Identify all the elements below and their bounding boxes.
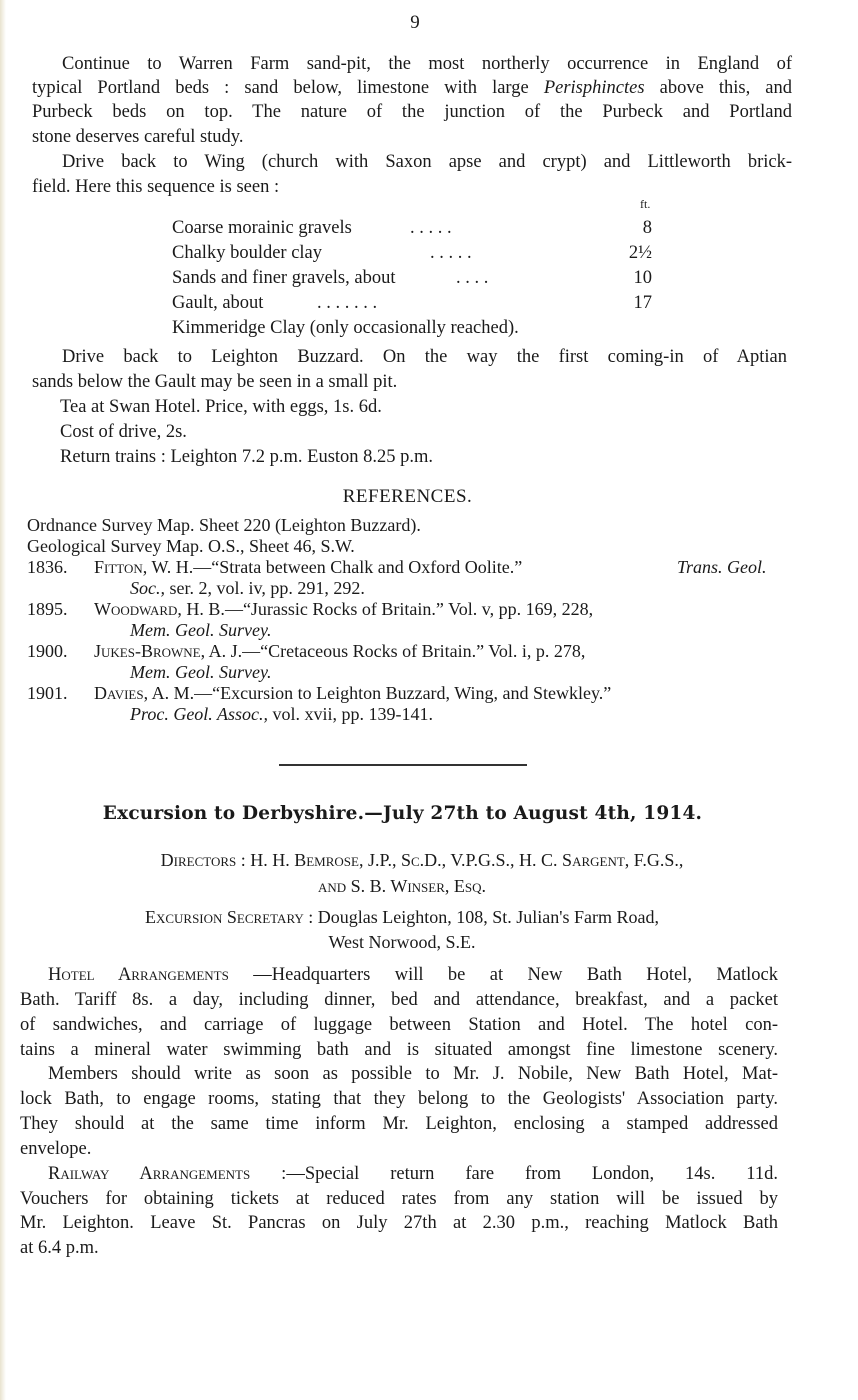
section-divider bbox=[279, 764, 527, 766]
excursion-title: Excursion to Derbyshire.—July 27th to Au… bbox=[50, 803, 755, 824]
reference-year: 1901. bbox=[27, 683, 68, 703]
text-line: at 6.4 p.m. bbox=[20, 1238, 99, 1258]
text-line: Drive back to Wing (church with Saxon ap… bbox=[62, 152, 792, 172]
text-line: envelope. bbox=[20, 1139, 91, 1159]
reference-journal: Soc., bbox=[130, 578, 165, 598]
text-line: Continue to Warren Farm sand-pit, the mo… bbox=[62, 54, 792, 74]
text-line: Members should write as soon as possible… bbox=[48, 1064, 778, 1084]
stratum-label: Chalky boulder clay bbox=[172, 243, 322, 263]
text-line: They should at the same time inform Mr. … bbox=[20, 1114, 778, 1134]
thickness-value: 17 bbox=[634, 293, 653, 313]
text-line: Vouchers for obtaining tickets at reduce… bbox=[20, 1189, 778, 1209]
reference-title: —“Jurassic Rocks of Britain.” Vol. v, pp… bbox=[225, 599, 593, 619]
secretary-line: West Norwood, S.E. bbox=[2, 932, 802, 952]
stratum-label: Coarse morainic gravels bbox=[172, 218, 352, 238]
leader-dots: . . . . bbox=[456, 268, 656, 288]
text-line: lock Bath, to engage rooms, stating that… bbox=[20, 1089, 778, 1109]
text-line: Drive back to Leighton Buzzard. On the w… bbox=[62, 347, 787, 367]
directors-line: Directors : H. H. Bemrose, J.P., Sc.D., … bbox=[22, 850, 822, 870]
reference-journal: Mem. Geol. Survey. bbox=[130, 620, 271, 640]
text-line: Tea at Swan Hotel. Price, with eggs, 1s.… bbox=[60, 397, 382, 417]
unit-header: ft. bbox=[640, 197, 650, 212]
thickness-value: 8 bbox=[643, 218, 652, 238]
text-line: Mr. Leighton. Leave St. Pancras on July … bbox=[20, 1213, 778, 1233]
reference-author: Jukes-Browne, A. J. bbox=[94, 641, 242, 661]
reference-pages: vol. xvii, pp. 139-141. bbox=[268, 704, 433, 724]
scan-edge-shadow bbox=[0, 0, 6, 1400]
thickness-value: 2½ bbox=[629, 243, 652, 263]
directors-line: and S. B. Winser, Esq. bbox=[2, 876, 802, 896]
page-number: 9 bbox=[0, 12, 830, 34]
stratum-label: Kimmeridge Clay (only occasionally reach… bbox=[172, 318, 519, 338]
secretary-line: Excursion Secretary : Douglas Leighton, … bbox=[2, 907, 802, 927]
text-segment: typical Portland beds : sand below, lime… bbox=[32, 78, 544, 98]
secretary-address: Douglas Leighton, 108, St. Julian's Farm… bbox=[313, 907, 659, 927]
leader-dots: . . . . . . . bbox=[317, 293, 607, 313]
stratum-label: Gault, about bbox=[172, 293, 263, 313]
leader-dots: . . . . . bbox=[410, 218, 610, 238]
reference-text: Woodward, H. B.—“Jurassic Rocks of Brita… bbox=[94, 599, 593, 619]
secretary-label: Excursion Secretary : bbox=[145, 907, 313, 927]
reference-title: —“Strata between Chalk and Oxford Oolite… bbox=[193, 557, 522, 577]
reference-year: 1900. bbox=[27, 641, 68, 661]
reference-journal: Proc. Geol. Assoc., bbox=[130, 704, 268, 724]
text-line: Hotel Arrangements —Headquarters will be… bbox=[48, 965, 778, 985]
reference-journal: Trans. Geol. bbox=[677, 557, 767, 577]
railway-label: Railway Arrangements bbox=[48, 1164, 250, 1184]
text-segment: above this, and bbox=[660, 78, 792, 98]
text-segment: :—Special return fare from London, 14s. … bbox=[250, 1164, 778, 1184]
map-reference: Geological Survey Map. O.S., Sheet 46, S… bbox=[27, 536, 355, 556]
reference-author: Woodward, H. B. bbox=[94, 599, 225, 619]
text-line: Return trains : Leighton 7.2 p.m. Euston… bbox=[60, 447, 433, 467]
thickness-value: 10 bbox=[634, 268, 653, 288]
text-line: Cost of drive, 2s. bbox=[60, 422, 187, 442]
text-line: sands below the Gault may be seen in a s… bbox=[32, 372, 397, 392]
text-segment: —Headquarters will be at New Bath Hotel,… bbox=[229, 965, 778, 985]
text-line: tains a mineral water swimming bath and … bbox=[20, 1040, 778, 1060]
map-reference: Ordnance Survey Map. Sheet 220 (Leighton… bbox=[27, 515, 421, 535]
reference-details: Soc., ser. 2, vol. iv, pp. 291, 292. bbox=[130, 578, 365, 598]
stratum-label: Sands and finer gravels, about bbox=[172, 268, 395, 288]
text-line: Bath. Tariff 8s. a day, including dinner… bbox=[20, 990, 778, 1010]
reference-details: Proc. Geol. Assoc., vol. xvii, pp. 139-1… bbox=[130, 704, 433, 724]
reference-author: Davies, A. M. bbox=[94, 683, 194, 703]
hotel-label: Hotel Arrangements bbox=[48, 965, 229, 985]
references-heading: REFERENCES. bbox=[0, 486, 815, 508]
reference-text: Davies, A. M.—“Excursion to Leighton Buz… bbox=[94, 683, 611, 703]
directors-names: H. H. Bemrose, J.P., Sc.D., V.P.G.S., H.… bbox=[246, 850, 684, 870]
text-line: stone deserves careful study. bbox=[32, 127, 243, 147]
reference-year: 1895. bbox=[27, 599, 68, 619]
reference-text: Fitton, W. H.—“Strata between Chalk and … bbox=[94, 557, 522, 577]
reference-title: —“Excursion to Leighton Buzzard, Wing, a… bbox=[194, 683, 611, 703]
leader-dots: . . . . . bbox=[430, 243, 630, 263]
reference-author: Fitton, W. H. bbox=[94, 557, 193, 577]
text-line: Purbeck beds on top. The nature of the j… bbox=[32, 102, 792, 122]
reference-title: —“Cretaceous Rocks of Britain.” Vol. i, … bbox=[242, 641, 585, 661]
reference-text: Jukes-Browne, A. J.—“Cretaceous Rocks of… bbox=[94, 641, 585, 661]
text-line: of sandwiches, and carriage of luggage b… bbox=[20, 1015, 778, 1035]
italic-taxon: Perisphinctes bbox=[544, 78, 645, 98]
text-line: field. Here this sequence is seen : bbox=[32, 177, 279, 197]
text-line: typical Portland beds : sand below, lime… bbox=[32, 78, 792, 98]
reference-journal: Mem. Geol. Survey. bbox=[130, 662, 271, 682]
directors-label: Directors : bbox=[161, 850, 246, 870]
text-line: Railway Arrangements :—Special return fa… bbox=[48, 1164, 778, 1184]
reference-pages: ser. 2, vol. iv, pp. 291, 292. bbox=[165, 578, 365, 598]
reference-year: 1836. bbox=[27, 557, 68, 577]
